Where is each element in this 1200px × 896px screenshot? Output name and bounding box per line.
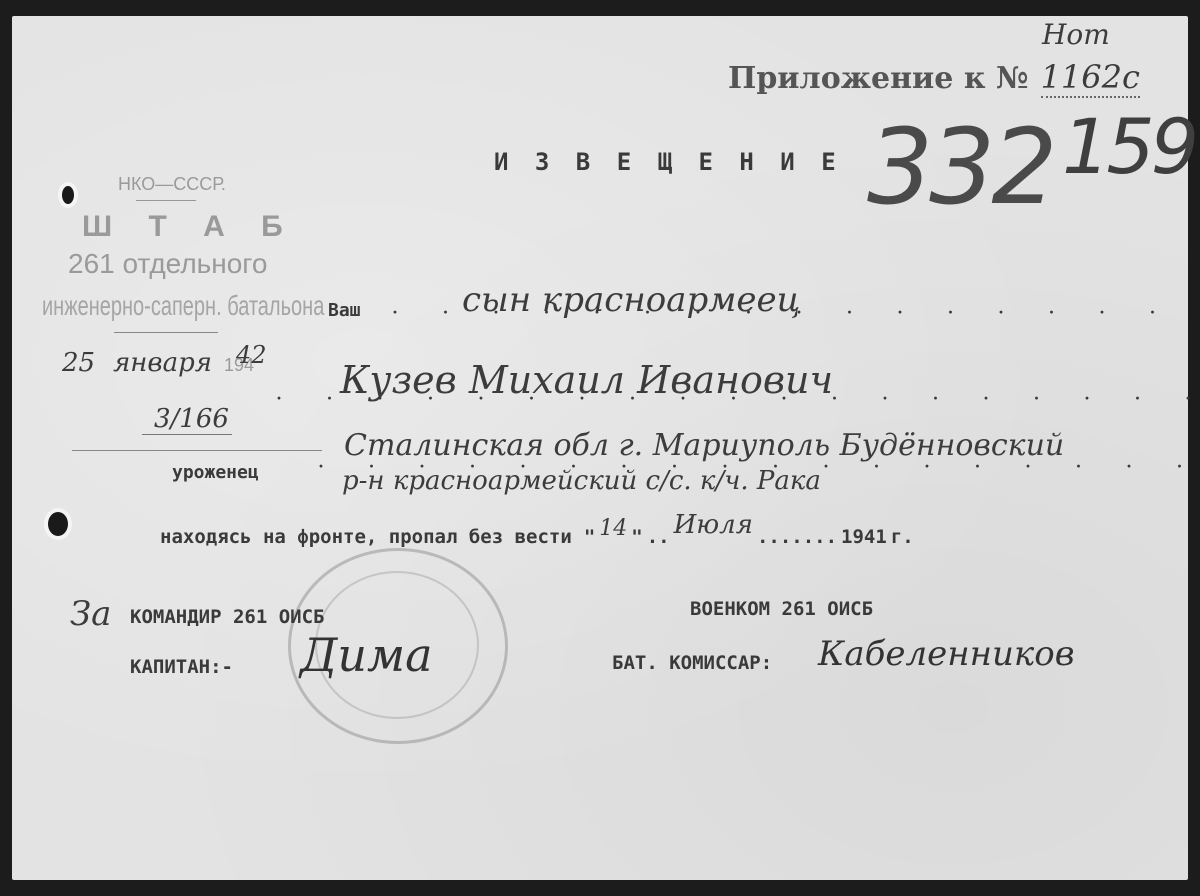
status-day: 14 <box>599 516 627 541</box>
punch-hole-top <box>62 186 74 204</box>
issuer-stamp-line3: 261 отдельного <box>68 248 267 280</box>
commander-rank: КАПИТАН:- <box>130 656 233 678</box>
birthplace-dots: · · · · · · · · · · · · · · · · · · · · … <box>318 456 1200 477</box>
date-year-suffix: 42 <box>236 341 267 369</box>
name-dots: · · · · · · · · · · · · · · · · · · · · … <box>276 388 1200 409</box>
punch-hole-bottom <box>48 512 68 536</box>
commissar-signature: Кабеленников <box>818 634 1074 674</box>
status-dots-1: .. <box>647 526 670 548</box>
appendix-note: Нот <box>1042 18 1110 51</box>
outgoing-number: 3/166 <box>154 404 229 434</box>
issuer-stamp-line2: Ш Т А Б <box>82 210 297 244</box>
status-text: находясь на фронте, пропал без вести <box>160 526 572 548</box>
issuer-stamp-divider <box>136 200 196 201</box>
date-divider <box>72 450 322 451</box>
date-day: 25 <box>62 348 95 378</box>
commander-title: КОМАНДИР 261 ОИСБ <box>130 606 324 628</box>
document-title: И З В Е Щ Е Н И Е <box>494 148 842 176</box>
birthplace-label: уроженец <box>172 462 259 483</box>
issue-date: 25 января 19442 <box>62 348 267 378</box>
commissar-title: ВОЕНКОМ 261 ОИСБ <box>690 598 873 620</box>
status-year-label: г. <box>891 526 914 548</box>
commissar-rank: БАТ. КОМИССАР: <box>612 652 772 674</box>
addressee-dots: · · · · · · · · · · · · · · · · · · · · … <box>392 302 1200 323</box>
appendix-header: Приложение к № 1162с <box>728 58 1140 96</box>
addressee-label: Ваш <box>328 300 361 321</box>
status-quote-close: " <box>631 526 642 548</box>
appendix-number: 1162с <box>1041 58 1140 98</box>
issuer-stamp-underline <box>114 332 218 333</box>
archive-number-secondary: 159 <box>1062 102 1195 191</box>
status-quote-open: " <box>584 526 595 548</box>
archive-number-main: 332 <box>867 106 1054 228</box>
issuer-stamp-line1: НКО—СССР. <box>118 174 226 195</box>
commander-signature: Дима <box>300 628 433 682</box>
outgoing-underline <box>142 434 232 435</box>
status-dots-2: ....... <box>757 526 837 548</box>
status-line: находясь на фронте, пропал без вести " 1… <box>160 520 914 550</box>
date-month: января <box>113 348 212 378</box>
issuer-stamp-line4: инженерно-саперн. батальона <box>42 291 324 323</box>
status-year: 1941 <box>841 526 887 548</box>
appendix-label: Приложение к № <box>728 61 1029 96</box>
status-month: Июля <box>674 510 753 540</box>
document-paper: Приложение к № 1162с Нот 332 159 И З В Е… <box>12 16 1188 880</box>
commander-prefix: За <box>70 594 111 634</box>
